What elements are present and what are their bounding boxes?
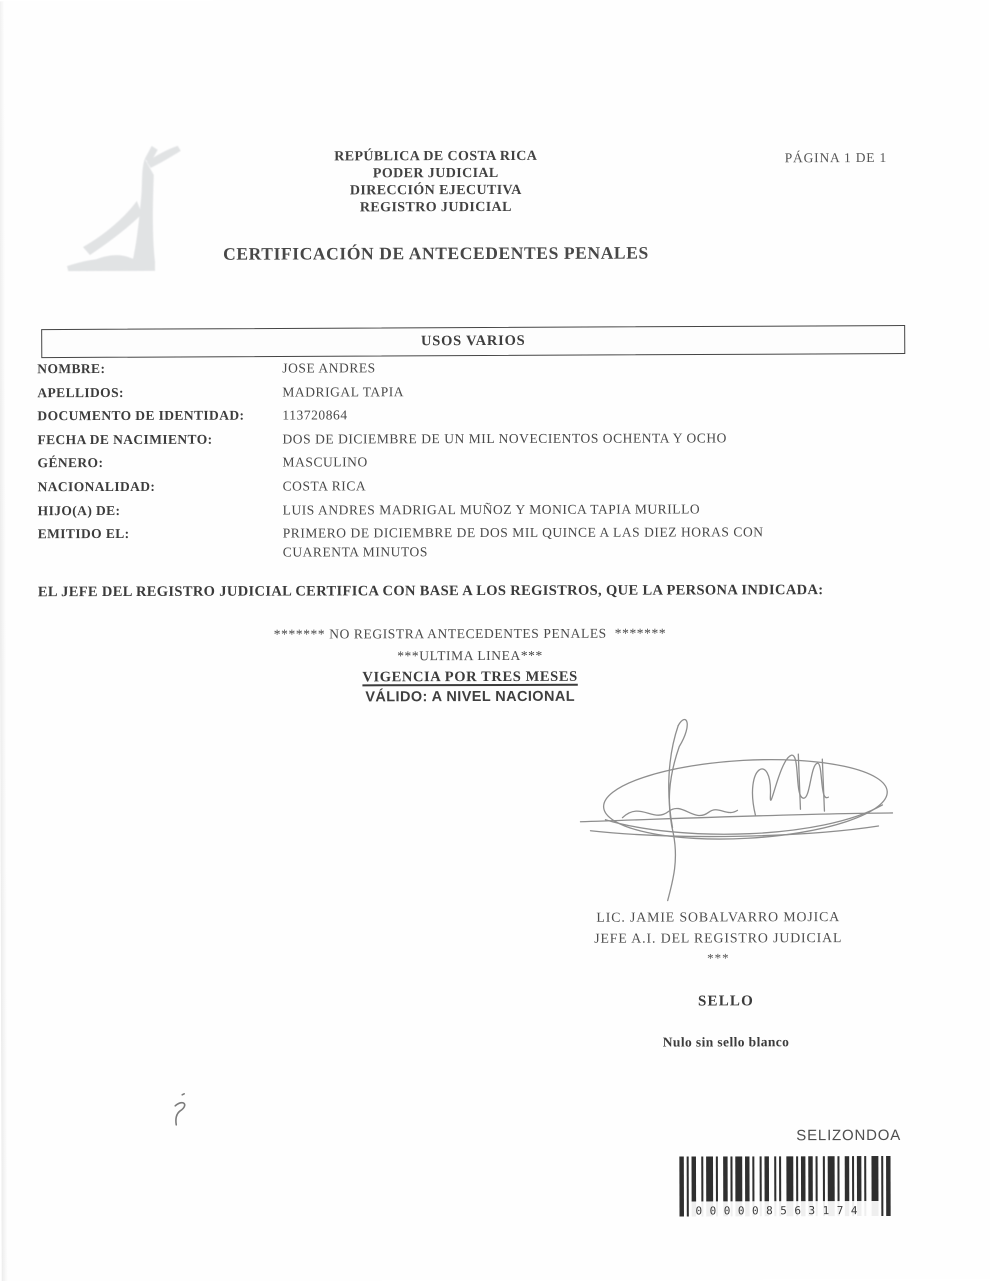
no-record-line: ******* NO REGISTRA ANTECEDENTES PENALES… [60,625,880,643]
header-line-direccion: DIRECCIÓN EJECUTIVA [136,181,736,200]
field-row-emitido: EMITIDO EL: PRIMERO DE DICIEMBRE DE DOS … [38,522,918,562]
field-label: DOCUMENTO DE IDENTIDAD: [37,406,282,426]
document-header: REPÚBLICA DE COSTA RICA PODER JUDICIAL D… [136,147,736,265]
page-indicator: PÁGINA 1 DE 1 [785,150,887,166]
field-row-nacionalidad: NACIONALIDAD: COSTA RICA [38,475,918,496]
section-box-label: USOS VARIOS [421,333,526,350]
header-line-republic: REPÚBLICA DE COSTA RICA [136,147,736,166]
field-value: COSTA RICA [283,475,828,495]
field-value: LUIS ANDRES MADRIGAL MUÑOZ Y MONICA TAPI… [283,499,828,519]
validity-period: VIGENCIA POR TRES MESES [60,668,880,687]
certification-result-block: ******* NO REGISTRA ANTECEDENTES PENALES… [60,625,880,706]
field-row-apellidos: APELLIDOS: MADRIGAL TAPIA [37,380,917,401]
document-title: CERTIFICACIÓN DE ANTECEDENTES PENALES [136,242,736,265]
field-label: NACIONALIDAD: [38,477,283,497]
field-label: GÉNERO: [38,453,283,473]
section-box: USOS VARIOS [41,325,905,358]
stray-ink-mark [166,1086,196,1131]
barcode-digits: 000008563174 [695,1204,865,1217]
field-row-documento: DOCUMENTO DE IDENTIDAD: 113720864 [37,404,917,425]
field-value: DOS DE DICIEMBRE DE UN MIL NOVECIENTOS O… [282,428,827,448]
footer-code: SELIZONDOA [796,1127,901,1144]
seal-label: SELLO [626,993,826,1011]
field-label: EMITIDO EL: [38,524,283,563]
header-line-poder: PODER JUDICIAL [136,164,736,183]
seal-note: Nulo sin sello blanco [601,1034,851,1051]
person-fields: NOMBRE: JOSE ANDRES APELLIDOS: MADRIGAL … [37,357,918,567]
field-value: 113720864 [282,404,827,424]
signatory-block: LIC. JAMIE SOBALVARRO MOJICA JEFE A.I. D… [566,906,871,967]
ultima-linea: ***ULTIMA LINEA*** [60,647,880,665]
field-row-hijo-de: HIJO(A) DE: LUIS ANDRES MADRIGAL MUÑOZ Y… [38,498,918,519]
field-row-nombre: NOMBRE: JOSE ANDRES [37,357,917,378]
certification-statement: EL JEFE DEL REGISTRO JUDICIAL CERTIFICA … [38,582,938,601]
signatory-title: JEFE A.I. DEL REGISTRO JUDICIAL [566,927,871,949]
header-line-registro: REGISTRO JUDICIAL [136,198,736,217]
field-label: APELLIDOS: [37,382,282,402]
handwritten-signature [560,699,901,910]
field-value: MASCULINO [283,452,828,472]
field-label: NOMBRE: [37,359,282,379]
certificate-page: REPÚBLICA DE COSTA RICA PODER JUDICIAL D… [0,0,990,1281]
field-value: MADRIGAL TAPIA [282,381,827,401]
field-label: HIJO(A) DE: [38,500,283,520]
field-row-nacimiento: FECHA DE NACIMIENTO: DOS DE DICIEMBRE DE… [37,428,917,449]
signatory-stars: *** [566,950,871,967]
signatory-name: LIC. JAMIE SOBALVARRO MOJICA [566,906,871,928]
barcode: 000008563174 [677,1156,895,1219]
field-value: JOSE ANDRES [282,357,827,377]
field-label: FECHA DE NACIMIENTO: [37,429,282,449]
field-value: PRIMERO DE DICIEMBRE DE DOS MIL QUINCE A… [283,522,828,561]
field-row-genero: GÉNERO: MASCULINO [38,451,918,472]
